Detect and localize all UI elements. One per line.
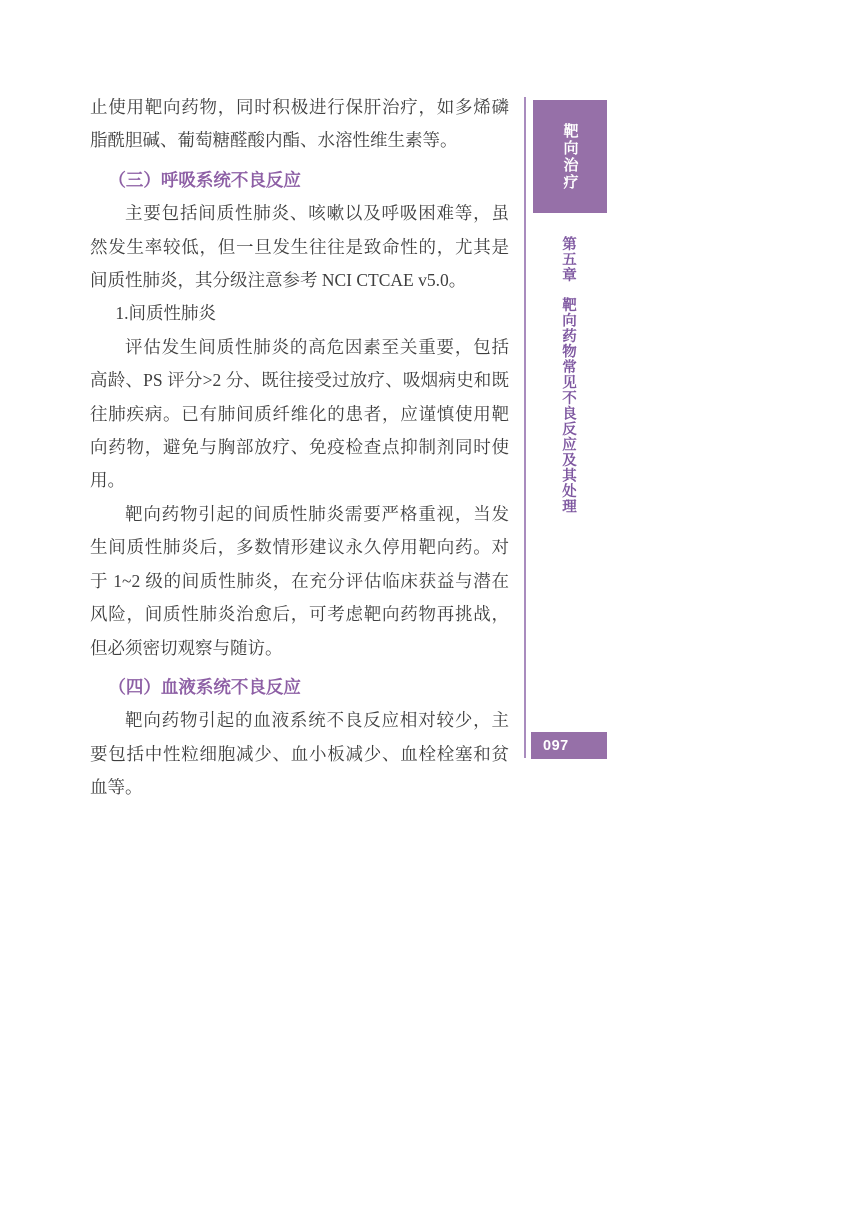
subsection-heading-interstitial-pneumonia: 1.间质性肺炎 [90,297,509,330]
page-number-badge: 097 [531,732,607,759]
section-heading-hematologic: （四）血液系统不良反应 [90,671,509,704]
paragraph-risk-factors: 评估发生间质性肺炎的高危因素至关重要，包括高龄、PS 评分>2 分、既往接受过放… [90,331,509,498]
paragraph-hepatic-continued: 止使用靶向药物，同时积极进行保肝治疗，如多烯磷脂酰胆碱、葡萄糖醛酸内酯、水溶性维… [90,91,509,158]
paragraph-management: 靶向药物引起的间质性肺炎需要严格重视，当发生间质性肺炎后，多数情形建议永久停用靶… [90,498,509,665]
vertical-divider [524,97,526,758]
paragraph-hematologic-overview: 靶向药物引起的血液系统不良反应相对较少，主要包括中性粒细胞减少、血小板减少、血栓… [90,704,509,804]
section-heading-respiratory: （三）呼吸系统不良反应 [90,164,509,197]
chapter-title: 靶向药物常见不良反应及其处理 [553,297,583,514]
page-number: 097 [531,738,569,754]
sidebar-tab-label: 靶向治疗 [560,123,581,191]
chapter-marker: 第五章靶向药物常见不良反应及其处理 [553,236,583,796]
paragraph-respiratory-overview: 主要包括间质性肺炎、咳嗽以及呼吸困难等，虽然发生率较低，但一旦发生往往是致命性的… [90,197,509,297]
chapter-number: 第五章 [560,236,576,283]
main-text-column: 止使用靶向药物，同时积极进行保肝治疗，如多烯磷脂酰胆碱、葡萄糖醛酸内酯、水溶性维… [90,91,509,805]
sidebar-tab: 靶向治疗 [533,100,607,213]
